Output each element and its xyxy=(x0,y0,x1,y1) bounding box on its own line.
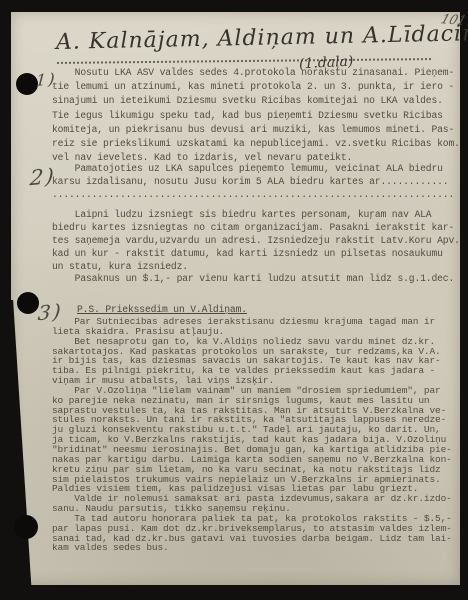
paragraph-3: Laipni ludzu izsniegt sis biedru kartes … xyxy=(52,209,464,274)
paragraph-1: Nosutu LKA ASV valdes sedes 4.protokola … xyxy=(52,66,464,165)
paragraph-5-ps-body: Par Sutniecibas adreses ierakstisanu dzi… xyxy=(52,317,464,553)
paragraph-2: Pamatojoties uz LKA sapulces pieņemto le… xyxy=(52,162,464,202)
ps-section-heading: P.S. Priekssedim un V.Aldiņam. xyxy=(77,304,247,315)
paragraph-4: Pasaknus un $.1,- par vienu karti ludzu … xyxy=(52,272,464,285)
scanned-letter-page: 101 A. Kalnājam, Aldiņam un A.Līdacim. (… xyxy=(0,0,468,600)
punch-hole-icon xyxy=(14,515,38,539)
punch-hole-icon xyxy=(17,292,39,314)
